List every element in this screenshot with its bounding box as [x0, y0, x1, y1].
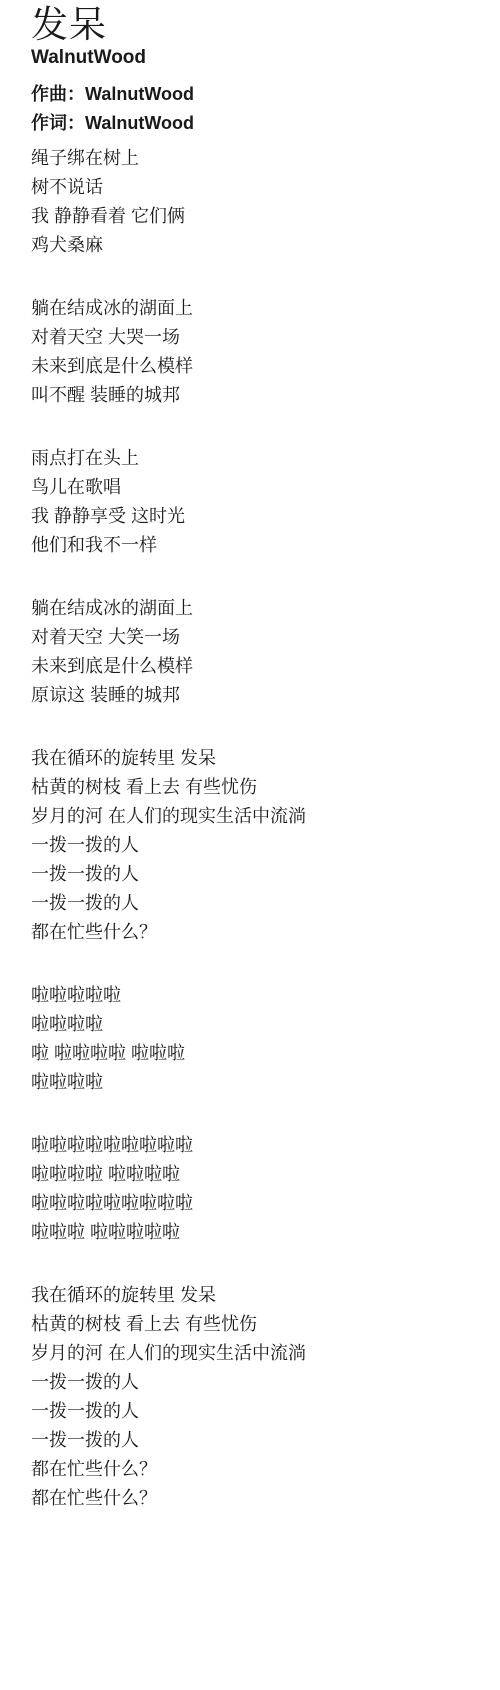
lyrics-page: 发呆 WalnutWood 作曲：WalnutWood 作词：WalnutWoo… — [0, 0, 500, 1553]
lyric-line: 叫不醒 装睡的城邦 — [31, 381, 480, 410]
lyric-line: 一拨一拨的人 — [31, 831, 480, 860]
lyric-line: 都在忙些什么？ — [31, 1484, 480, 1513]
page-title: 发呆 — [31, 4, 480, 46]
credits: 作曲：WalnutWood 作词：WalnutWood — [31, 80, 480, 138]
lyric-line: 我在循环的旋转里 发呆 — [31, 744, 480, 773]
lyric-line: 枯黄的树枝 看上去 有些忧伤 — [31, 1310, 480, 1339]
lyric-line: 绳子绑在树上 — [31, 144, 480, 173]
lyric-line: 未来到底是什么模样 — [31, 352, 480, 381]
lyric-line: 岁月的河 在人们的现实生活中流淌 — [31, 802, 480, 831]
stanza: 躺在结成冰的湖面上对着天空 大笑一场未来到底是什么模样原谅这 装睡的城邦 — [31, 594, 480, 710]
lyric-line: 我 静静看着 它们俩 — [31, 202, 480, 231]
lyric-line: 对着天空 大哭一场 — [31, 323, 480, 352]
lyric-line: 啦啦啦啦啦 — [31, 981, 480, 1010]
lyric-line: 都在忙些什么？ — [31, 1455, 480, 1484]
lyric-line: 啦啦啦啦啦啦啦啦啦 — [31, 1189, 480, 1218]
lyric-line: 一拨一拨的人 — [31, 1397, 480, 1426]
stanza: 我在循环的旋转里 发呆枯黄的树枝 看上去 有些忧伤岁月的河 在人们的现实生活中流… — [31, 1281, 480, 1513]
lyric-line: 对着天空 大笑一场 — [31, 623, 480, 652]
lyric-line: 我 静静享受 这时光 — [31, 502, 480, 531]
artist-name: WalnutWood — [31, 46, 480, 70]
lyric-line: 我在循环的旋转里 发呆 — [31, 1281, 480, 1310]
lyric-line: 鸟儿在歌唱 — [31, 473, 480, 502]
lyric-line: 雨点打在头上 — [31, 444, 480, 473]
lyric-line: 躺在结成冰的湖面上 — [31, 594, 480, 623]
lyric-line: 树不说话 — [31, 173, 480, 202]
lyric-line: 啦啦啦啦 — [31, 1068, 480, 1097]
lyric-line: 躺在结成冰的湖面上 — [31, 294, 480, 323]
stanza: 我在循环的旋转里 发呆枯黄的树枝 看上去 有些忧伤岁月的河 在人们的现实生活中流… — [31, 744, 480, 947]
lyric-line: 岁月的河 在人们的现实生活中流淌 — [31, 1339, 480, 1368]
lyric-line: 一拨一拨的人 — [31, 1368, 480, 1397]
lyric-line: 啦啦啦 啦啦啦啦啦 — [31, 1218, 480, 1247]
lyric-line: 未来到底是什么模样 — [31, 652, 480, 681]
stanza: 啦啦啦啦啦啦啦啦啦啦啦啦啦 啦啦啦啦啦啦啦啦啦啦啦啦啦啦啦啦 啦啦啦啦啦 — [31, 1131, 480, 1247]
lyric-line: 啦啦啦啦啦啦啦啦啦 — [31, 1131, 480, 1160]
lyric-line: 一拨一拨的人 — [31, 889, 480, 918]
lyrics-body: 绳子绑在树上树不说话我 静静看着 它们俩鸡犬桑麻躺在结成冰的湖面上对着天空 大哭… — [31, 144, 480, 1513]
stanza: 雨点打在头上鸟儿在歌唱我 静静享受 这时光他们和我不一样 — [31, 444, 480, 560]
lyric-line: 啦 啦啦啦啦 啦啦啦 — [31, 1039, 480, 1068]
lyric-line: 啦啦啦啦 — [31, 1010, 480, 1039]
lyric-line: 枯黄的树枝 看上去 有些忧伤 — [31, 773, 480, 802]
lyric-line: 他们和我不一样 — [31, 531, 480, 560]
stanza: 躺在结成冰的湖面上对着天空 大哭一场未来到底是什么模样叫不醒 装睡的城邦 — [31, 294, 480, 410]
lyric-line: 啦啦啦啦 啦啦啦啦 — [31, 1160, 480, 1189]
stanza: 啦啦啦啦啦啦啦啦啦啦 啦啦啦啦 啦啦啦啦啦啦啦 — [31, 981, 480, 1097]
lyric-line: 鸡犬桑麻 — [31, 231, 480, 260]
composer-credit: 作曲：WalnutWood — [31, 80, 480, 109]
lyric-line: 原谅这 装睡的城邦 — [31, 681, 480, 710]
lyric-line: 一拨一拨的人 — [31, 860, 480, 889]
lyric-line: 一拨一拨的人 — [31, 1426, 480, 1455]
stanza: 绳子绑在树上树不说话我 静静看着 它们俩鸡犬桑麻 — [31, 144, 480, 260]
lyricist-credit: 作词：WalnutWood — [31, 109, 480, 138]
lyric-line: 都在忙些什么？ — [31, 918, 480, 947]
